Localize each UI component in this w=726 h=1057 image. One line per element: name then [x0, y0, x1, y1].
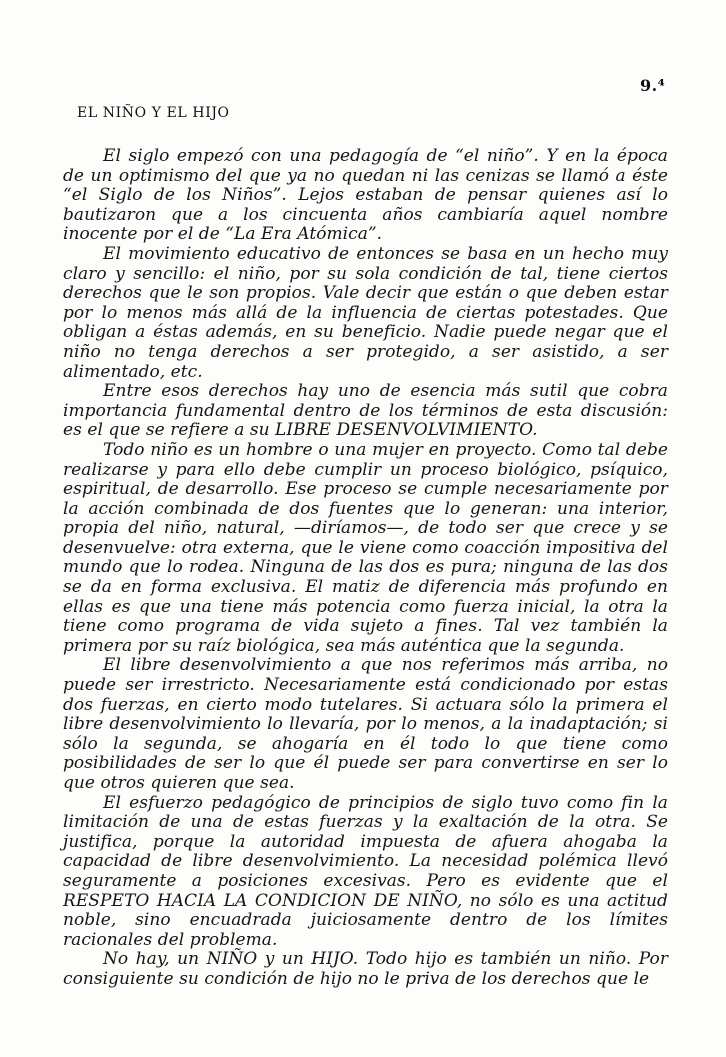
running-head: EL NIÑO Y EL HIJO	[77, 105, 230, 121]
paragraph: No hay, un NIÑO y un HIJO. Todo hijo es …	[63, 950, 668, 989]
paragraph: El siglo empezó con una pedagogía de “el…	[63, 147, 668, 245]
body-text: El siglo empezó con una pedagogía de “el…	[63, 147, 668, 990]
book-page: 9.⁴ EL NIÑO Y EL HIJO El siglo empezó co…	[0, 0, 726, 1057]
paragraph: Todo niño es un hombre o una mujer en pr…	[63, 441, 668, 657]
paragraph: El esfuerzo pedagógico de principios de …	[63, 794, 668, 951]
paragraph: Entre esos derechos hay uno de esencia m…	[63, 382, 668, 441]
paragraph: El movimiento educativo de entonces se b…	[63, 245, 668, 382]
page-number: 9.⁴	[640, 76, 665, 95]
paragraph: El libre desenvolvimiento a que nos refe…	[63, 656, 668, 793]
